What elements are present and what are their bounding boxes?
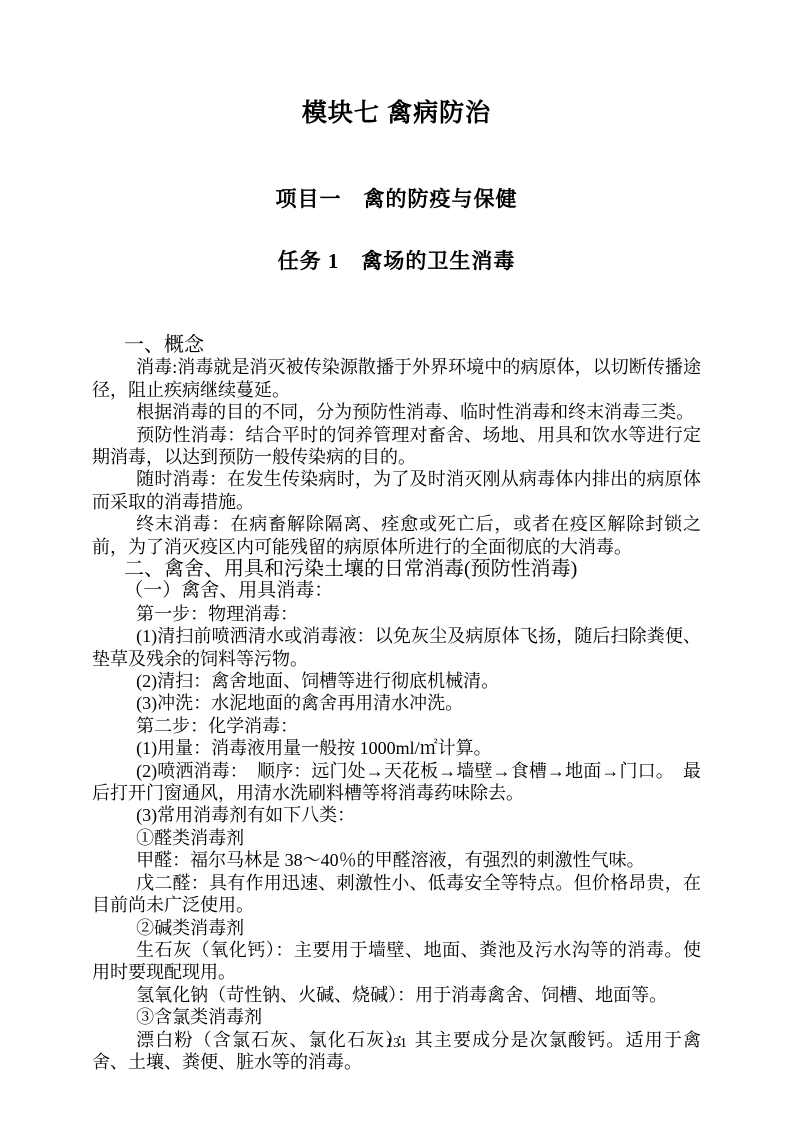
module-title: 模块七 禽病防治 — [92, 0, 701, 129]
paragraph: (3)常用消毒剂有如下八类： — [92, 804, 701, 826]
paragraph: 第一步：物理消毒： — [92, 603, 701, 625]
task-heading: 任务 1 禽场的卫生消毒 — [92, 250, 701, 273]
document-body: 一、概念消毒:消毒就是消灭被传染源散播于外界环境中的病原体，以切断传播途径，阻止… — [92, 334, 701, 1073]
paragraph: 第二步：化学消毒： — [92, 715, 701, 737]
paragraph: 终末消毒：在病畜解除隔离、痊愈或死亡后，或者在疫区解除封锁之前，为了消灭疫区内可… — [92, 513, 701, 558]
paragraph: 随时消毒：在发生传染病时，为了及时消灭刚从病毒体内排出的病原体而采取的消毒措施。 — [92, 468, 701, 513]
paragraph: ②碱类消毒剂 — [92, 917, 701, 939]
paragraph: (2)喷洒消毒： 顺序：远门处→天花板→墙壁→食槽→地面→门口。 最后打开门窗通… — [92, 760, 701, 805]
paragraph: (1)清扫前喷洒清水或消毒液：以免灰尘及病原体飞扬，随后扫除粪便、垫草及残余的饲… — [92, 625, 701, 670]
paragraph: (1)用量：消毒液用量一般按 1000ml/㎡计算。 — [92, 737, 701, 759]
project-heading: 项目一 禽的防疫与保健 — [92, 188, 701, 211]
document-page: 模块七 禽病防治 项目一 禽的防疫与保健 任务 1 禽场的卫生消毒 一、概念消毒… — [0, 0, 793, 1122]
paragraph: (2)清扫：禽舍地面、饲槽等进行彻底机械清。 — [92, 670, 701, 692]
paragraph: (3)冲洗：水泥地面的禽舍再用清水冲洗。 — [92, 692, 701, 714]
page-number: 131 — [0, 1037, 793, 1051]
paragraph: （一）禽舍、用具消毒： — [92, 580, 701, 602]
paragraph: 生石灰（氧化钙）：主要用于墙壁、地面、粪池及污水沟等的消毒。使用时要现配现用。 — [92, 939, 701, 984]
paragraph: ③含氯类消毒剂 — [92, 1006, 701, 1028]
paragraph: 预防性消毒：结合平时的饲养管理对畜舍、场地、用具和饮水等进行定期消毒，以达到预防… — [92, 424, 701, 469]
paragraph: 根据消毒的目的不同，分为预防性消毒、临时性消毒和终末消毒三类。 — [92, 401, 701, 423]
paragraph: ①醛类消毒剂 — [92, 827, 701, 849]
paragraph: 二、禽舍、用具和污染土壤的日常消毒(预防性消毒) — [92, 558, 701, 580]
paragraph: 甲醛：福尔马林是 38～40％的甲醛溶液，有强烈的刺激性气味。 — [92, 849, 701, 871]
paragraph: 一、概念 — [92, 334, 701, 356]
paragraph: 戊二醛：具有作用迅速、刺激性小、低毒安全等特点。但价格昂贵，在目前尚未广泛使用。 — [92, 872, 701, 917]
paragraph: 消毒:消毒就是消灭被传染源散播于外界环境中的病原体，以切断传播途径，阻止疾病继续… — [92, 356, 701, 401]
paragraph: 氢氧化钠（苛性钠、火碱、烧碱）：用于消毒禽舍、饲槽、地面等。 — [92, 984, 701, 1006]
document-content: 模块七 禽病防治 项目一 禽的防疫与保健 任务 1 禽场的卫生消毒 一、概念消毒… — [92, 0, 701, 1073]
